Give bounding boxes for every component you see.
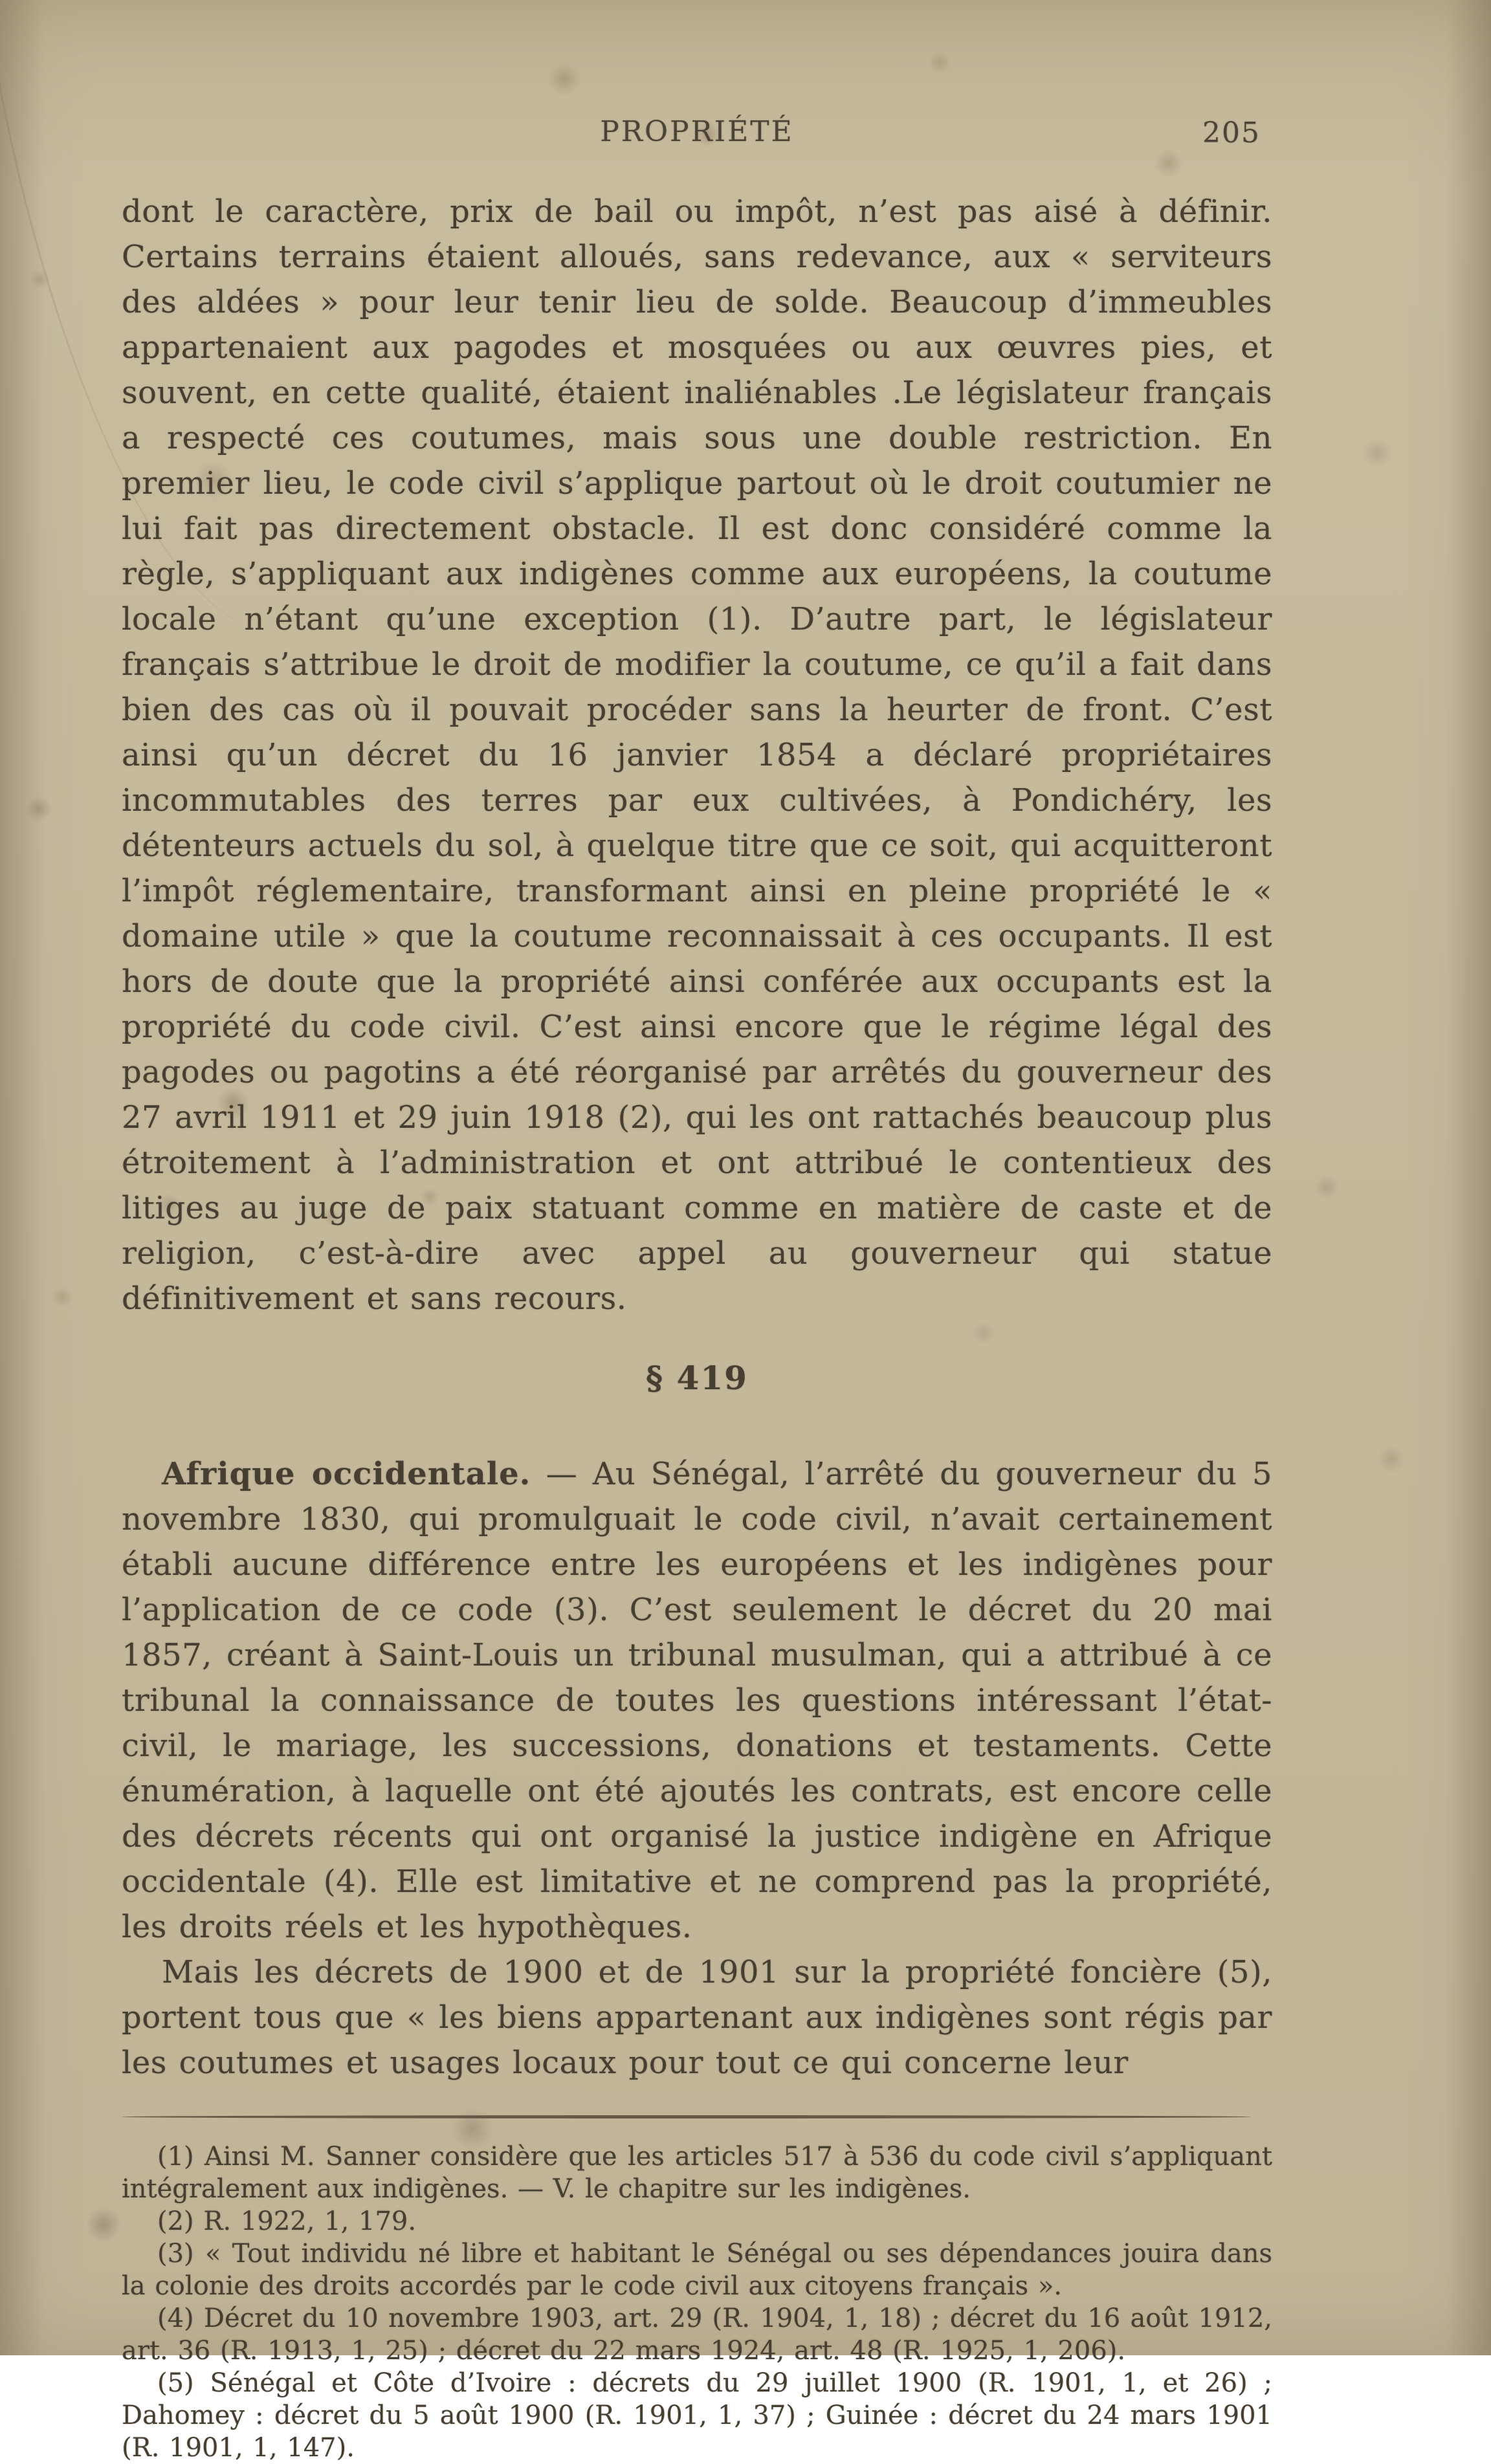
page-header: PROPRIÉTÉ 205	[122, 115, 1272, 148]
section-heading: § 419	[122, 1359, 1272, 1397]
paragraph-2-lead: Afrique occidentale.	[162, 1456, 531, 1492]
text-column: dont le caractère, prix de bail ou impôt…	[122, 189, 1272, 2355]
paragraph-3: Mais les décrets de 1900 et de 1901 sur …	[122, 1950, 1272, 2085]
page-number: 205	[1202, 116, 1261, 149]
book-page: PROPRIÉTÉ 205 dont le caractère, prix de…	[0, 0, 1491, 2355]
running-title: PROPRIÉTÉ	[122, 115, 1272, 148]
footnote-block: (1) Ainsi M. Sanner considère que les ar…	[122, 2115, 1272, 2355]
footnote-3: (3) « Tout individu né libre et habitant…	[122, 2238, 1272, 2302]
footnote-separator	[122, 2115, 1251, 2118]
footnote-4: (4) Décret du 10 novembre 1903, art. 29 …	[122, 2302, 1272, 2355]
footnote-1: (1) Ainsi M. Sanner considère que les ar…	[122, 2140, 1272, 2205]
paragraph-2-text: — Au Sénégal, l’arrêté du gouverneur du …	[122, 1456, 1272, 1945]
footnote-2: (2) R. 1922, 1, 179.	[122, 2205, 1272, 2238]
paragraph-2: Afrique occidentale. — Au Sénégal, l’arr…	[122, 1451, 1272, 1950]
paragraph-1: dont le caractère, prix de bail ou impôt…	[122, 189, 1272, 1321]
